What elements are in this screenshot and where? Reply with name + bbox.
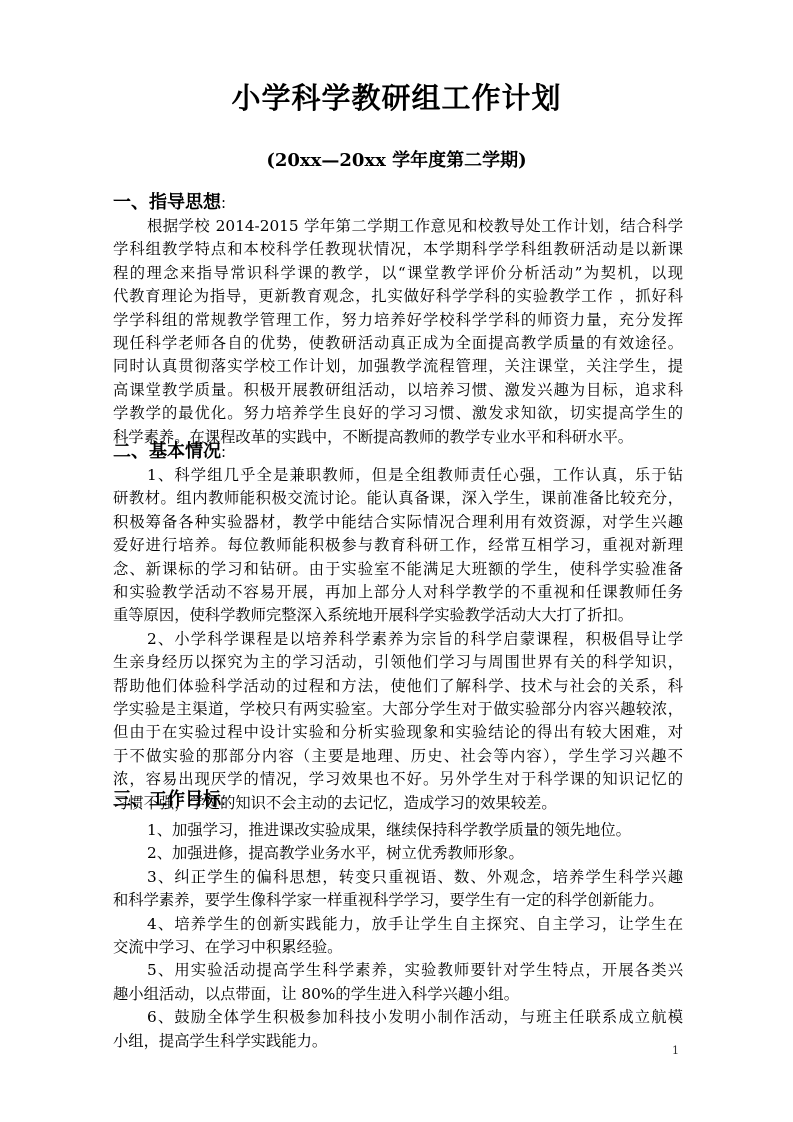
- text-line: 1、加强学习，推进课改实验成果，继续保持科学教学质量的领先地位。: [113, 819, 683, 842]
- text-line: 2、小学科学课程是以培养科学素养为宗旨的科学启蒙课程，积极倡导让学: [113, 628, 683, 651]
- text-line: 和科学素养，要学生像科学家一样重视科学学习，要学生有一定的科学创新能力。: [113, 889, 683, 912]
- document-title: 小学科学教研组工作计划: [0, 76, 793, 117]
- text-line: 积极筹备各种实验器材，教学中能结合实际情况合理利用有效资源，对学生兴趣: [113, 511, 683, 534]
- text-line: 念、新课标的学习和钻研。由于实验室不能满足大班额的学生，使科学实验准备: [113, 558, 683, 581]
- text-line: 趣小组活动，以点带面，让 80%的学生进入科学兴趣小组。: [113, 983, 683, 1006]
- page-number: 1: [672, 1044, 679, 1057]
- text-line: 爱好进行培养。每位教师能积极参与教育科研工作，经常互相学习，重视对新理: [113, 534, 683, 557]
- text-line: 3、纠正学生的偏科思想，转变只重视语、数、外观念，培养学生科学兴趣: [113, 866, 683, 889]
- text-line: 重等原因，使科学教师完整深入系统地开展科学实验教学活动大大打了折扣。: [113, 604, 683, 627]
- section-heading-text: 二、基本情况: [113, 441, 221, 462]
- section-body-work-goals: 1、加强学习，推进课改实验成果，继续保持科学教学质量的领先地位。 2、加强进修，…: [113, 819, 683, 1053]
- goal-item: 6、鼓励全体学生积极参加科技小发明小制作活动，与班主任联系成立航模 小组，提高学…: [113, 1006, 683, 1053]
- section-heading-guiding-ideas: 一、指导思想:: [113, 188, 226, 214]
- text-line: 于不做实验的那部分内容（主要是地理、历史、社会等内容），学生学习兴趣不: [113, 745, 683, 768]
- text-line: 生亲身经历以探究为主的学习活动，引领他们学习与周围世界有关的科学知识，: [113, 651, 683, 674]
- text-line: 但由于在实验过程中设计实验和分析实验现象和实验结论的得出有较大困难，对: [113, 721, 683, 744]
- section-heading-work-goals: 三、工作目标:: [113, 785, 226, 811]
- text-line: 学教学的最优化。努力培养学生良好的学习习惯、激发求知欲，切实提高学生的: [113, 402, 683, 425]
- text-line: 帮助他们体验科学活动的过程和方法，使他们了解科学、技术与社会的关系，科: [113, 675, 683, 698]
- text-line: 小组，提高学生科学实践能力。: [113, 1030, 683, 1053]
- goal-item: 1、加强学习，推进课改实验成果，继续保持科学教学质量的领先地位。: [113, 819, 683, 842]
- section-heading-text: 三、工作目标: [113, 789, 221, 810]
- text-line: 和实验教学活动不容易开展，再加上部分人对科学教学的不重视和任课教师任务: [113, 581, 683, 604]
- text-line: 4、培养学生的创新实践能力，放手让学生自主探究、自主学习，让学生在: [113, 913, 683, 936]
- heading-colon: :: [221, 443, 226, 461]
- text-line: 根据学校 2014-2015 学年第二学期工作意见和校教导处工作计划，结合科学: [113, 215, 683, 238]
- goal-item: 4、培养学生的创新实践能力，放手让学生自主探究、自主学习，让学生在 交流中学习、…: [113, 913, 683, 960]
- document-subtitle: (20xx—20xx 学年度第二学期): [0, 146, 793, 172]
- text-line: 学实验是主渠道，学校只有两实验室。大部分学生对于做实验部分内容兴趣较浓，: [113, 698, 683, 721]
- text-line: 代教育理论为指导，更新教育观念，扎实做好科学学科的实验教学工作 ，抓好科: [113, 285, 683, 308]
- section-heading-basic-situation: 二、基本情况:: [113, 437, 226, 463]
- text-line: 程的理念来指导常识科学课的教学，以“课堂教学评价分析活动”为契机，以现: [113, 262, 683, 285]
- heading-colon: :: [221, 194, 226, 212]
- paragraph: 1、科学组几乎全是兼职教师，但是全组教师责任心强，工作认真，乐于钻 研教材。组内…: [113, 464, 683, 628]
- text-line: 学学科组的常规教学管理工作，努力培养好学校科学学科的师资力量，充分发挥: [113, 309, 683, 332]
- text-line: 高课堂教学质量。积极开展教研组活动，以培养习惯、激发兴趣为目标，追求科: [113, 379, 683, 402]
- text-line: 学科组教学特点和本校科学任教现状情况，本学期科学学科组教研活动是以新课: [113, 238, 683, 261]
- text-line: 2、加强进修，提高教学业务水平，树立优秀教师形象。: [113, 842, 683, 865]
- text-line: 交流中学习、在学习中积累经验。: [113, 936, 683, 959]
- text-line: 1、科学组几乎全是兼职教师，但是全组教师责任心强，工作认真，乐于钻: [113, 464, 683, 487]
- goal-item: 5、用实验活动提高学生科学素养，实验教师要针对学生特点，开展各类兴 趣小组活动，…: [113, 959, 683, 1006]
- section-heading-text: 一、指导思想: [113, 192, 221, 213]
- section-body-guiding-ideas: 根据学校 2014-2015 学年第二学期工作意见和校教导处工作计划，结合科学 …: [113, 215, 683, 449]
- goal-item: 3、纠正学生的偏科思想，转变只重视语、数、外观念，培养学生科学兴趣 和科学素养，…: [113, 866, 683, 913]
- text-line: 5、用实验活动提高学生科学素养，实验教师要针对学生特点，开展各类兴: [113, 959, 683, 982]
- goal-item: 2、加强进修，提高教学业务水平，树立优秀教师形象。: [113, 842, 683, 865]
- text-line: 6、鼓励全体学生积极参加科技小发明小制作活动，与班主任联系成立航模: [113, 1006, 683, 1029]
- section-body-basic-situation: 1、科学组几乎全是兼职教师，但是全组教师责任心强，工作认真，乐于钻 研教材。组内…: [113, 464, 683, 815]
- paragraph: 根据学校 2014-2015 学年第二学期工作意见和校教导处工作计划，结合科学 …: [113, 215, 683, 449]
- text-line: 研教材。组内教师能积极交流讨论。能认真备课，深入学生，课前准备比较充分，: [113, 487, 683, 510]
- heading-colon: :: [221, 791, 226, 809]
- text-line: 同时认真贯彻落实学校工作计划，加强教学流程管理，关注课堂，关注学生，提: [113, 355, 683, 378]
- text-line: 现任科学老师各自的优势，使教研活动真正成为全面提高教学质量的有效途径。: [113, 332, 683, 355]
- document-page: 小学科学教研组工作计划 (20xx—20xx 学年度第二学期) 一、指导思想: …: [0, 0, 793, 1122]
